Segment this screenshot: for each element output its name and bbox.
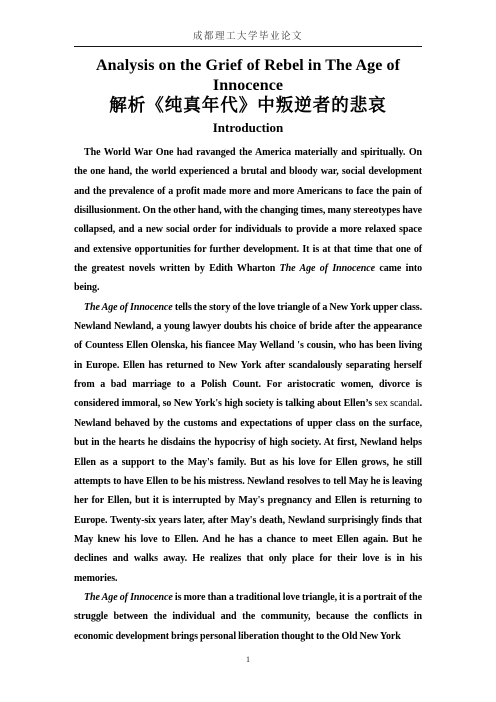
book-title-italic: The Age of Innocence bbox=[280, 263, 375, 274]
paragraph-1-text: The World War One had ravanged the Ameri… bbox=[74, 147, 422, 274]
paragraph-1: The World War One had ravanged the Ameri… bbox=[74, 143, 422, 298]
title-chinese: 解析《纯真年代》中叛逆者的悲哀 bbox=[74, 95, 422, 115]
paragraph-2-text: tells the story of the love triangle of … bbox=[74, 302, 422, 410]
title-english: Analysis on the Grief of Rebel in The Ag… bbox=[74, 56, 422, 95]
page-number: 1 bbox=[246, 655, 250, 664]
book-title-italic: The Age of Innocence bbox=[84, 302, 173, 313]
book-title-italic: The Age of Innocence bbox=[84, 592, 173, 603]
document-body: The World War One had ravanged the Ameri… bbox=[74, 143, 422, 646]
document-page: 成都理工大学毕业论文 Analysis on the Grief of Rebe… bbox=[0, 0, 496, 702]
paragraph-2-regular-text: sex scandal bbox=[375, 398, 420, 409]
paragraph-2-text-end: . Newland behaved by the customs and exp… bbox=[74, 398, 422, 583]
section-heading: Introduction bbox=[74, 119, 422, 136]
page-header: 成都理工大学毕业论文 bbox=[74, 32, 422, 47]
page-footer: 1 bbox=[74, 649, 422, 667]
header-title: 成都理工大学毕业论文 bbox=[193, 32, 303, 42]
paragraph-2: The Age of Innocence tells the story of … bbox=[74, 298, 422, 588]
paragraph-3: The Age of Innocence is more than a trad… bbox=[74, 588, 422, 646]
